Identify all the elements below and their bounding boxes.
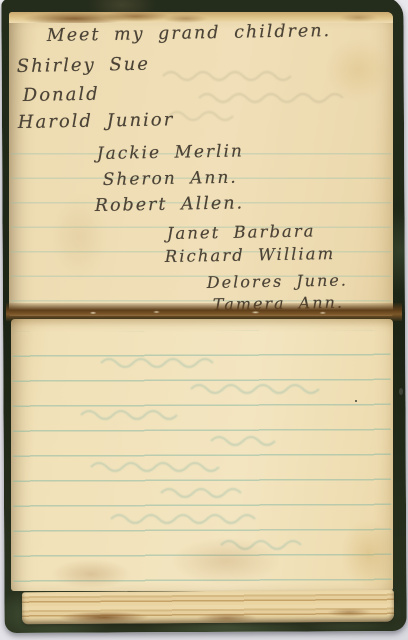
page-edge-stack-bottom [22, 590, 394, 625]
handwritten-title: Meet my grand children. [47, 21, 332, 46]
page-top-edge [9, 12, 393, 23]
handwritten-name: Richard William [165, 244, 336, 266]
handwritten-name: Jackie Merlin [97, 141, 244, 164]
handwritten-name: Harold Junior [18, 109, 175, 133]
handwritten-name: Delores June. [207, 271, 348, 292]
bottom-page [11, 319, 393, 591]
speck [355, 400, 357, 402]
handwritten-name: Sheron Ann. [103, 168, 238, 190]
top-page: Meet my grand children. Shirley Sue Dona… [9, 12, 393, 316]
speck [399, 388, 403, 395]
notebook-scan: Meet my grand children. Shirley Sue Dona… [0, 0, 408, 640]
ink-bleedthrough [71, 353, 371, 553]
ink-bleedthrough [159, 64, 369, 124]
handwritten-name: Shirley Sue [17, 54, 151, 77]
handwritten-name: Janet Barbara [167, 221, 316, 243]
handwritten-name: Donald [23, 84, 100, 106]
handwritten-name: Robert Allen. [95, 193, 245, 216]
